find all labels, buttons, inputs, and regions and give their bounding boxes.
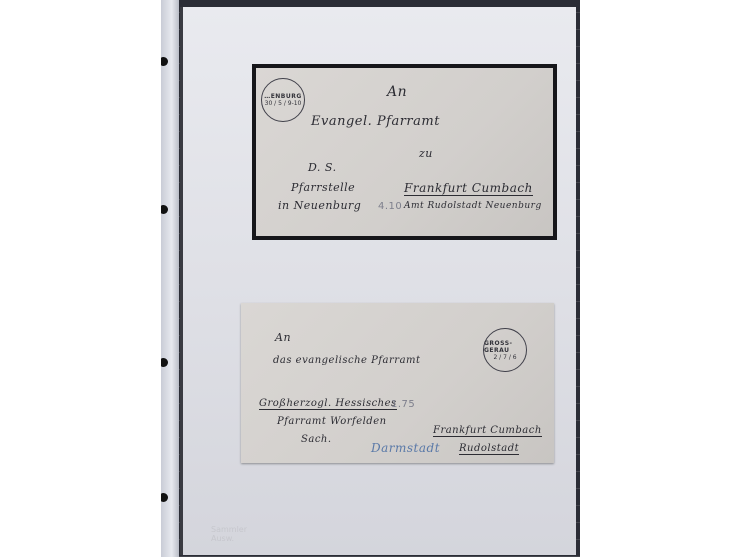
postmark-circle: …ENBURG 30 / 5 / 9-10 bbox=[261, 78, 305, 122]
address-line: D. S. bbox=[308, 161, 337, 174]
address-line: Amt Rudolstadt Neuenburg bbox=[404, 201, 542, 211]
pencil-page-note: Sammler Ausw. bbox=[211, 525, 247, 543]
address-line: Frankfurt Cumbach bbox=[404, 181, 533, 196]
album-photo: …ENBURG 30 / 5 / 9-10 An Evangel. Pfarra… bbox=[161, 0, 580, 557]
postmark-circle: GROSS-GERAU 2 / 7 / 6 bbox=[483, 328, 527, 372]
address-line: Sach. bbox=[301, 434, 332, 445]
note-line: Ausw. bbox=[211, 534, 247, 543]
binder-hole bbox=[161, 493, 168, 502]
blue-annotation: Darmstadt bbox=[371, 441, 440, 455]
postal-cover-bottom: GROSS-GERAU 2 / 7 / 6 An das evangelisch… bbox=[241, 303, 554, 463]
postmark-place: GROSS-GERAU bbox=[484, 340, 526, 354]
pencil-note: 1.75 bbox=[391, 399, 415, 410]
postmark-place: …ENBURG bbox=[264, 93, 302, 100]
album-sleeve-edge bbox=[161, 0, 179, 557]
address-line: in Neuenburg bbox=[278, 199, 361, 212]
binder-hole bbox=[161, 358, 168, 367]
address-line: das evangelische Pfarramt bbox=[273, 355, 421, 366]
address-line: Rudolstadt bbox=[459, 443, 519, 455]
note-line: Sammler bbox=[211, 525, 247, 534]
postmark-date: 30 / 5 / 9-10 bbox=[265, 100, 302, 107]
address-line: Großherzogl. Hessisches bbox=[259, 398, 397, 410]
address-line: Pfarrstelle bbox=[291, 181, 355, 194]
binder-hole bbox=[161, 57, 168, 66]
binder-hole bbox=[161, 205, 168, 214]
address-line: An bbox=[275, 331, 291, 344]
address-line: Evangel. Pfarramt bbox=[311, 114, 440, 129]
address-line: zu bbox=[419, 147, 433, 160]
postmark-date: 2 / 7 / 6 bbox=[493, 354, 516, 361]
postal-cover-top: …ENBURG 30 / 5 / 9-10 An Evangel. Pfarra… bbox=[256, 68, 553, 236]
pencil-note: 4.10 bbox=[378, 201, 402, 212]
address-line: An bbox=[387, 84, 407, 100]
album-page: …ENBURG 30 / 5 / 9-10 An Evangel. Pfarra… bbox=[180, 7, 576, 555]
address-line: Pfarramt Worfelden bbox=[277, 416, 387, 427]
address-line: Frankfurt Cumbach bbox=[433, 425, 542, 437]
